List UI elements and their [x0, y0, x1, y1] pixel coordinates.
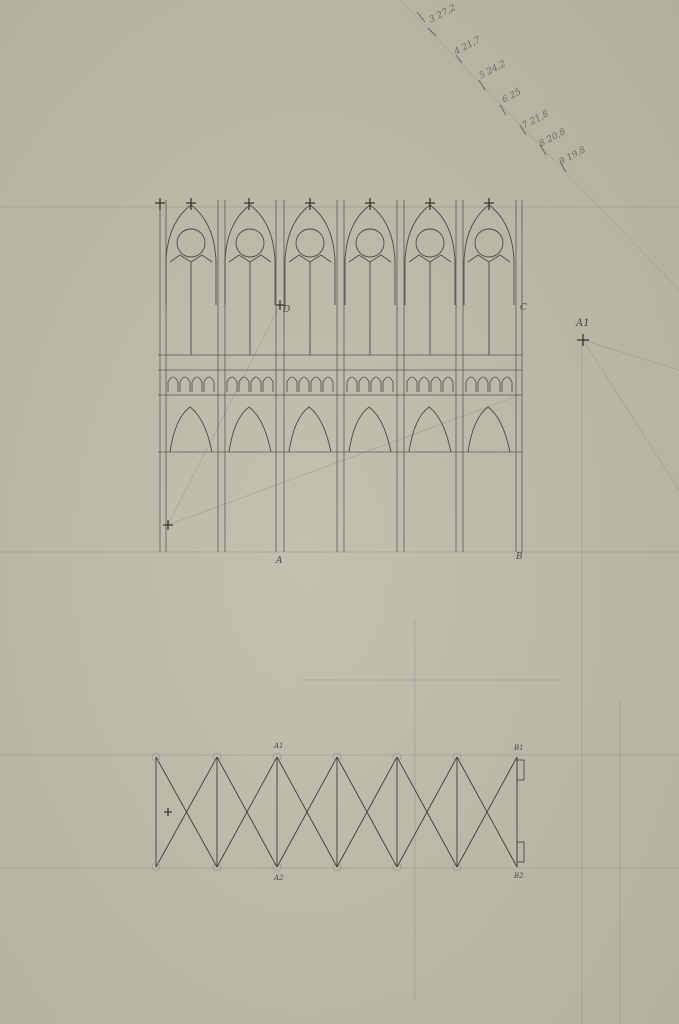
- point-d-label: D: [283, 305, 290, 315]
- drawing-sheet: 3 27,2 4 21,7 5 24,2 6 25 7 21,8 8 20,8 …: [0, 0, 679, 1024]
- point-c-label: C: [520, 303, 527, 313]
- point-b-label: B: [516, 552, 523, 562]
- plan-a1-label: A1: [274, 742, 284, 750]
- plan-b1-label: B1: [514, 744, 524, 752]
- point-a-label: A: [276, 556, 283, 566]
- plan-b2-label: B2: [514, 872, 524, 880]
- plan-a2-label: A2: [274, 874, 284, 882]
- point-a1-label: A1: [576, 318, 590, 329]
